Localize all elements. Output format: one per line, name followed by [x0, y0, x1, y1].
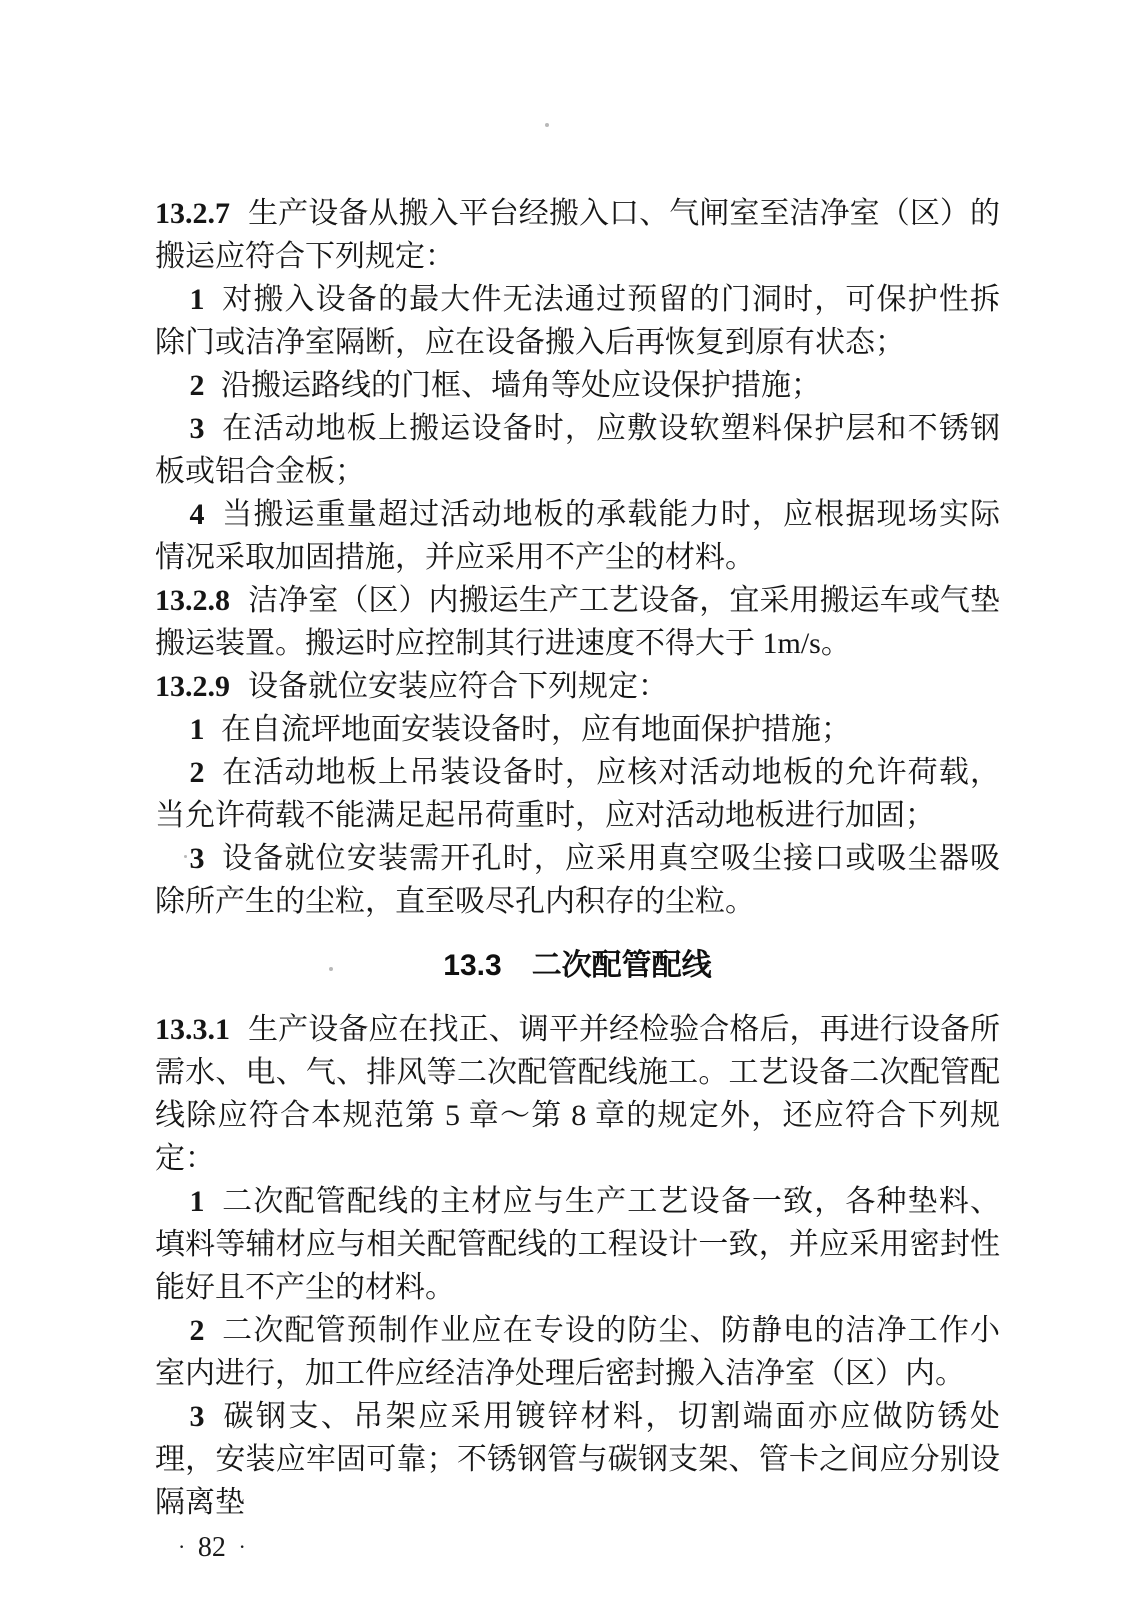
item-number: 1: [190, 713, 205, 746]
section-title: 二次配管配线: [532, 949, 712, 982]
clause-number: 13.2.9: [155, 670, 230, 703]
item-number: 3: [190, 842, 205, 875]
clause-13-3-1-item-2: 2二次配管预制作业应在专设的防尘、防静电的洁净工作小室内进行，加工件应经洁净处理…: [155, 1309, 1000, 1395]
item-number: 4: [190, 498, 205, 531]
item-number: 2: [190, 369, 205, 402]
clause-13-2-9-item-2: 2在活动地板上吊装设备时，应核对活动地板的允许荷载，当允许荷载不能满足起吊荷重时…: [155, 751, 1000, 837]
item-text: 沿搬运路线的门框、墙角等处应设保护措施；: [221, 369, 821, 402]
item-text: 在活动地板上吊装设备时，应核对活动地板的允许荷载，当允许荷载不能满足起吊荷重时，…: [155, 756, 1000, 832]
clause-text: 生产设备应在找正、调平并经检验合格后，再进行设备所需水、电、气、排风等二次配管配…: [155, 1013, 1000, 1175]
item-text: 二次配管预制作业应在专设的防尘、防静电的洁净工作小室内进行，加工件应经洁净处理后…: [155, 1314, 1000, 1390]
item-text: 二次配管配线的主材应与生产工艺设备一致，各种垫料、填料等辅材应与相关配管配线的工…: [155, 1185, 1000, 1304]
clause-13-2-9-item-3: 3设备就位安装需开孔时，应采用真空吸尘接口或吸尘器吸除所产生的尘粒，直至吸尽孔内…: [155, 837, 1000, 923]
item-number: 1: [190, 1185, 205, 1218]
page-number-dot-right: ·: [239, 1534, 246, 1559]
clause-13-2-7-item-3: 3在活动地板上搬运设备时，应敷设软塑料保护层和不锈钢板或铝合金板；: [155, 407, 1000, 493]
section-heading-13-3: 13.3二次配管配线: [155, 944, 1000, 987]
page-number-value: 82: [198, 1532, 226, 1563]
item-text: 碳钢支、吊架应采用镀锌材料，切割端面亦应做防锈处理，安装应牢固可靠；不锈钢管与碳…: [155, 1400, 1000, 1519]
document-page: 13.2.7生产设备从搬入平台经搬入口、气闸室至洁净室（区）的搬运应符合下列规定…: [0, 0, 1142, 1600]
scan-speck: [184, 855, 187, 858]
clause-number: 13.2.7: [155, 197, 230, 230]
item-number: 2: [190, 756, 205, 789]
scan-speck: [545, 123, 549, 127]
clause-13-2-9: 13.2.9设备就位安装应符合下列规定：: [155, 665, 1000, 708]
item-text: 在活动地板上搬运设备时，应敷设软塑料保护层和不锈钢板或铝合金板；: [155, 412, 1000, 488]
item-number: 1: [190, 283, 205, 316]
clause-13-2-9-item-1: 1在自流坪地面安装设备时，应有地面保护措施；: [155, 708, 1000, 751]
clause-13-2-7-item-1: 1对搬入设备的最大件无法通过预留的门洞时，可保护性拆除门或洁净室隔断，应在设备搬…: [155, 278, 1000, 364]
section-number: 13.3: [443, 949, 501, 982]
item-number: 3: [190, 1400, 205, 1433]
clause-13-3-1-item-3: 3碳钢支、吊架应采用镀锌材料，切割端面亦应做防锈处理，安装应牢固可靠；不锈钢管与…: [155, 1395, 1000, 1524]
clause-text: 设备就位安装应符合下列规定：: [248, 670, 668, 703]
clause-13-2-7-item-2: 2沿搬运路线的门框、墙角等处应设保护措施；: [155, 364, 1000, 407]
page-number-dot-left: ·: [178, 1534, 185, 1559]
clause-13-2-7-item-4: 4当搬运重量超过活动地板的承载能力时，应根据现场实际情况采取加固措施，并应采用不…: [155, 493, 1000, 579]
clause-13-3-1: 13.3.1生产设备应在找正、调平并经检验合格后，再进行设备所需水、电、气、排风…: [155, 1008, 1000, 1180]
item-text: 设备就位安装需开孔时，应采用真空吸尘接口或吸尘器吸除所产生的尘粒，直至吸尽孔内积…: [155, 842, 1000, 918]
page-number: ·82·: [155, 1529, 1000, 1566]
clause-number: 13.3.1: [155, 1013, 230, 1046]
item-number: 3: [190, 412, 205, 445]
clause-text: 生产设备从搬入平台经搬入口、气闸室至洁净室（区）的搬运应符合下列规定：: [155, 197, 1000, 273]
scan-speck: [329, 967, 333, 971]
clause-number: 13.2.8: [155, 584, 230, 617]
clause-13-2-7: 13.2.7生产设备从搬入平台经搬入口、气闸室至洁净室（区）的搬运应符合下列规定…: [155, 192, 1000, 278]
document-body: 13.2.7生产设备从搬入平台经搬入口、气闸室至洁净室（区）的搬运应符合下列规定…: [155, 192, 1000, 1524]
clause-text: 洁净室（区）内搬运生产工艺设备，宜采用搬运车或气垫搬运装置。搬运时应控制其行进速…: [155, 584, 1000, 660]
clause-13-2-8: 13.2.8洁净室（区）内搬运生产工艺设备，宜采用搬运车或气垫搬运装置。搬运时应…: [155, 579, 1000, 665]
clause-13-3-1-item-1: 1二次配管配线的主材应与生产工艺设备一致，各种垫料、填料等辅材应与相关配管配线的…: [155, 1180, 1000, 1309]
item-text: 在自流坪地面安装设备时，应有地面保护措施；: [221, 713, 851, 746]
item-text: 对搬入设备的最大件无法通过预留的门洞时，可保护性拆除门或洁净室隔断，应在设备搬入…: [155, 283, 1000, 359]
item-number: 2: [190, 1314, 205, 1347]
item-text: 当搬运重量超过活动地板的承载能力时，应根据现场实际情况采取加固措施，并应采用不产…: [155, 498, 1000, 574]
